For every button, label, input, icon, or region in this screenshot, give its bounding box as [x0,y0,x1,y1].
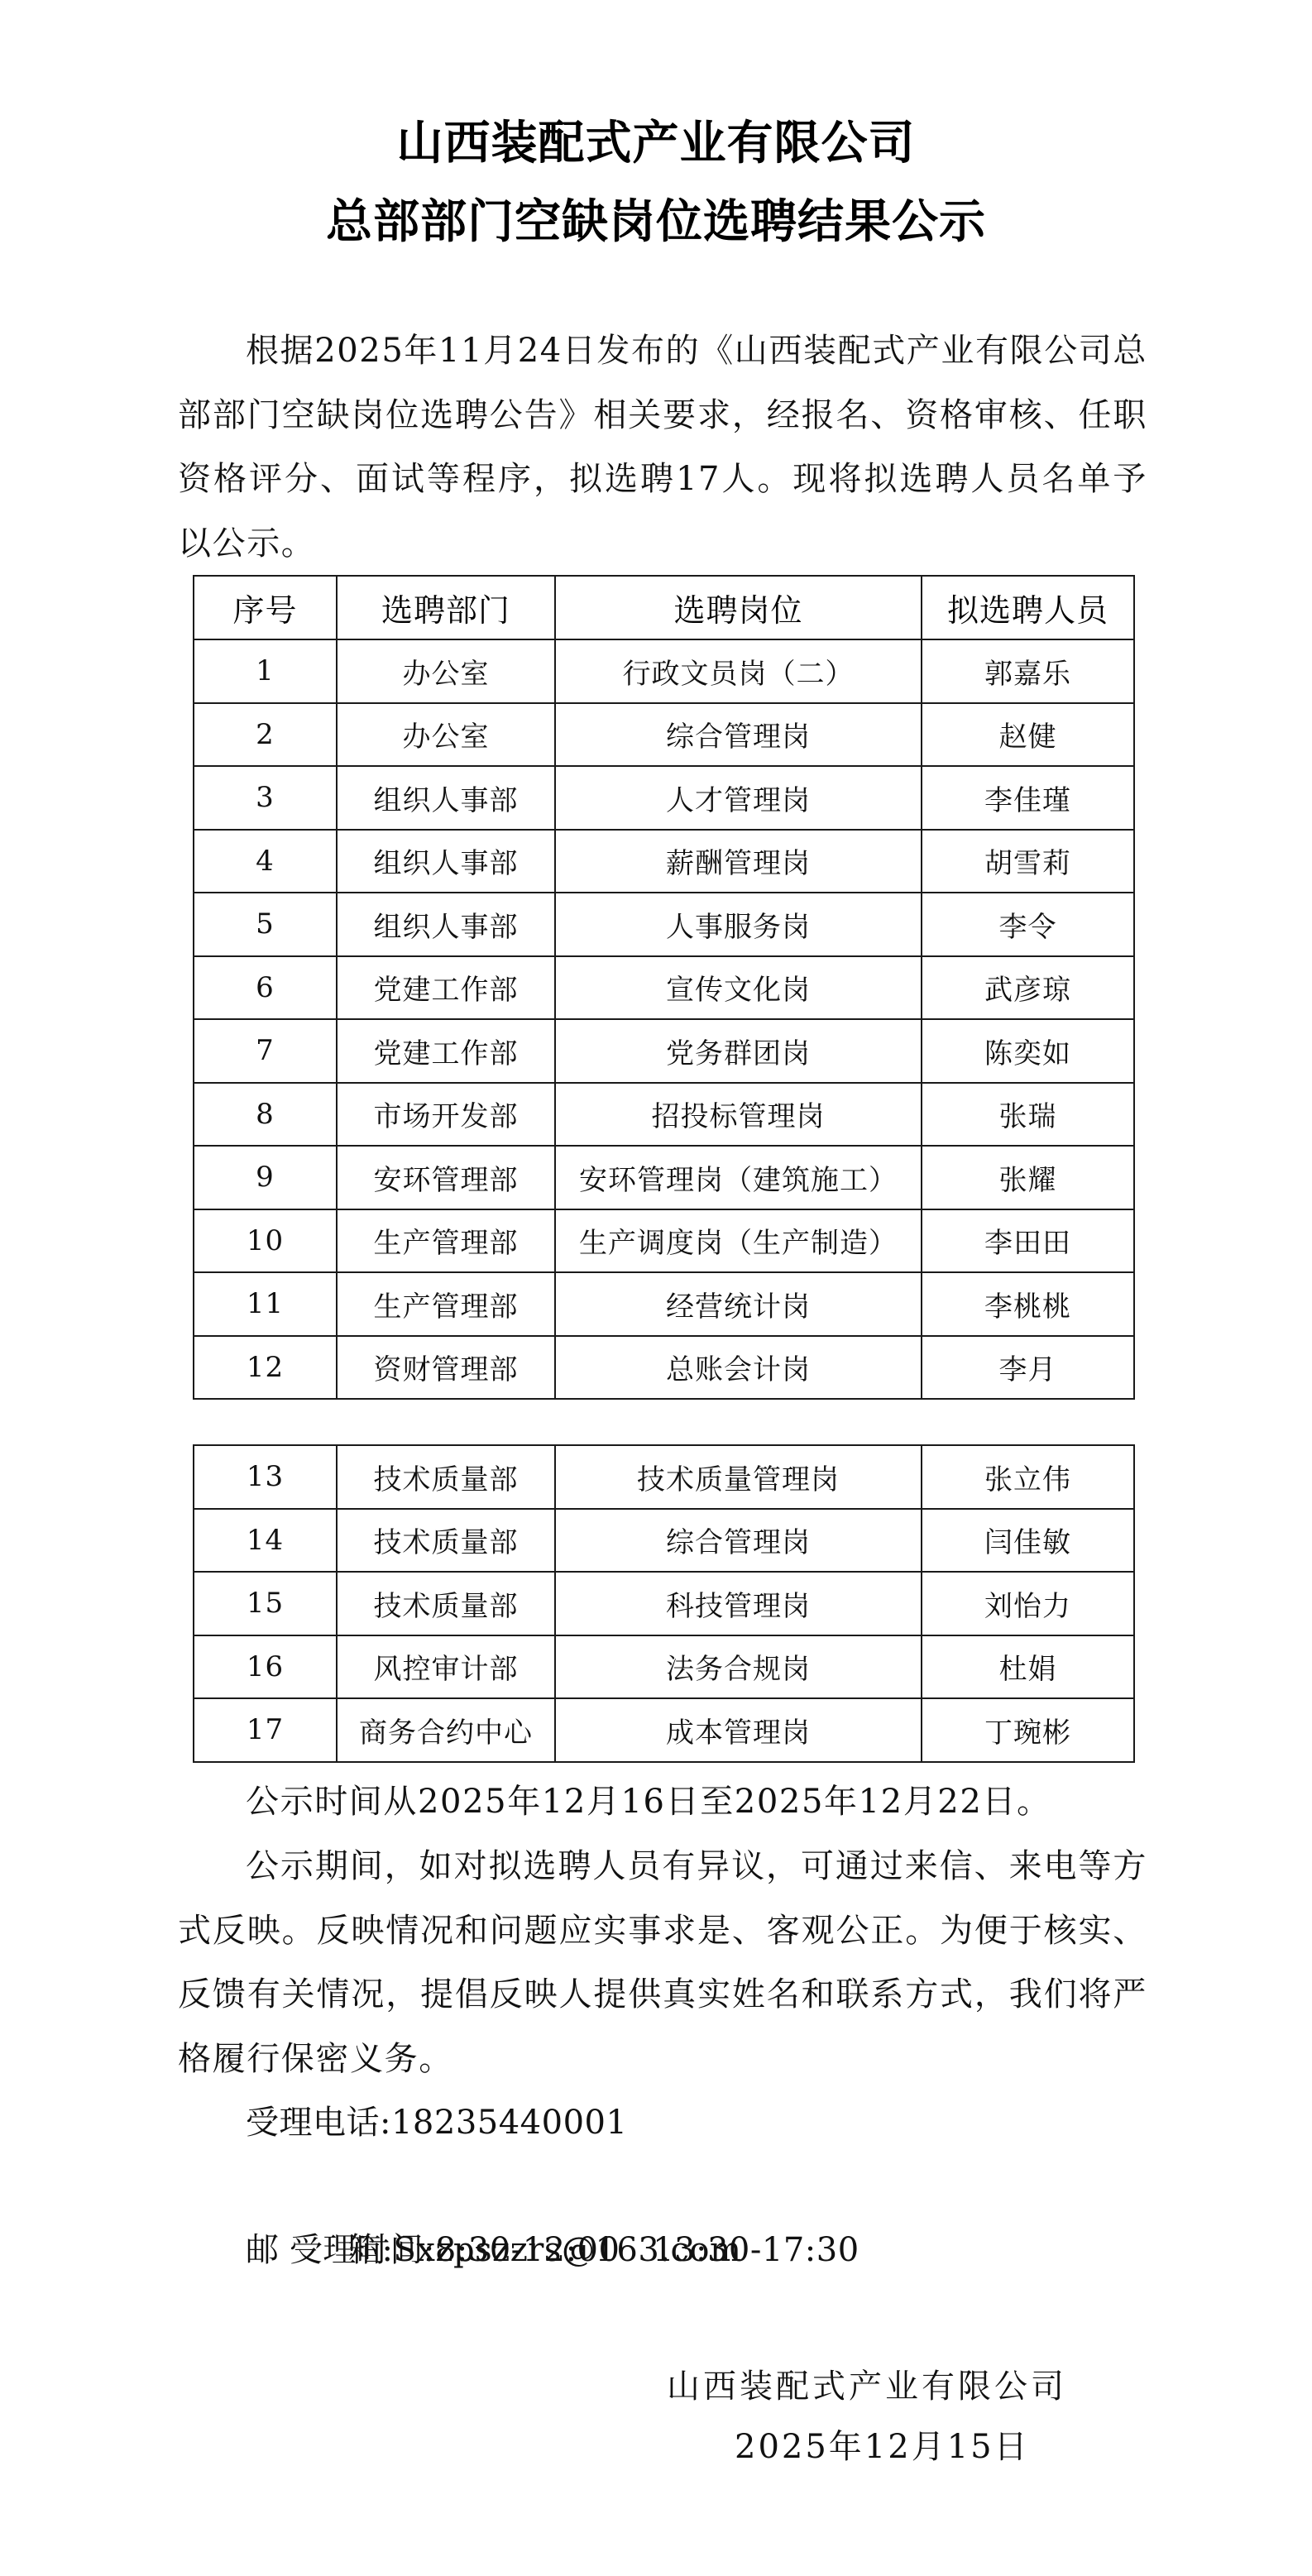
cell-post: 法务合规岗 [555,1635,922,1699]
cell-post: 薪酬管理岗 [555,830,922,893]
phone-value: 18235440001 [391,2104,627,2142]
cell-person: 丁琬彬 [922,1698,1134,1762]
cell-person: 张瑞 [922,1083,1134,1147]
cell-no: 2 [194,703,337,767]
notice-paragraph: 公示期间，如对拟选聘人员有异议，可通过来信、来电等方式反映。反映情况和问题应实事… [178,1835,1147,2091]
cell-post: 成本管理岗 [555,1698,922,1762]
cell-person: 胡雪莉 [922,830,1134,893]
cell-person: 赵健 [922,703,1134,767]
cell-person: 李桃桃 [922,1272,1134,1336]
cell-person: 陈奕如 [922,1019,1134,1083]
cell-no: 7 [194,1019,337,1083]
cell-person: 武彦琼 [922,956,1134,1020]
cell-person: 刘怡力 [922,1572,1134,1635]
roster-table-part-2: 13技术质量部技术质量管理岗张立伟14技术质量部综合管理岗闫佳敏15技术质量部科… [193,1444,1135,1763]
cell-no: 12 [194,1336,337,1400]
cell-post: 人事服务岗 [555,893,922,956]
cell-post: 综合管理岗 [555,1509,922,1573]
cell-no: 14 [194,1509,337,1573]
table-row: 5组织人事部人事服务岗李令 [194,893,1134,956]
table-row: 17商务合约中心成本管理岗丁琬彬 [194,1698,1134,1762]
cell-no: 17 [194,1698,337,1762]
cell-dept: 市场开发部 [337,1083,555,1147]
cell-post: 招投标管理岗 [555,1083,922,1147]
cell-no: 9 [194,1146,337,1209]
table-row: 13技术质量部技术质量管理岗张立伟 [194,1445,1134,1509]
table-row: 12资财管理部总账会计岗李月 [194,1336,1134,1400]
contact-phone-line: 受理电话:18235440001 [246,2091,627,2155]
table-row: 6党建工作部宣传文化岗武彦琼 [194,956,1134,1020]
email-label-2: 箱: [348,2231,393,2269]
cell-no: 4 [194,830,337,893]
cell-dept: 安环管理部 [337,1146,555,1209]
header-post: 选聘岗位 [555,576,922,639]
cell-post: 经营统计岗 [555,1272,922,1336]
email-label-1: 邮 [246,2219,348,2282]
signature-date: 2025年12月15日 [735,2420,1030,2468]
table-body-1: 1办公室行政文员岗（二）郭嘉乐2办公室综合管理岗赵健3组织人事部人才管理岗李佳瑾… [194,639,1134,1399]
cell-person: 郭嘉乐 [922,639,1134,703]
cell-dept: 商务合约中心 [337,1698,555,1762]
cell-post: 安环管理岗（建筑施工） [555,1146,922,1209]
cell-no: 10 [194,1209,337,1273]
header-no: 序号 [194,576,337,639]
cell-dept: 办公室 [337,703,555,767]
cell-post: 生产调度岗（生产制造） [555,1209,922,1273]
cell-post: 综合管理岗 [555,703,922,767]
cell-no: 3 [194,766,337,830]
cell-no: 5 [194,893,337,956]
cell-no: 1 [194,639,337,703]
table-row: 1办公室行政文员岗（二）郭嘉乐 [194,639,1134,703]
table-row: 15技术质量部科技管理岗刘怡力 [194,1572,1134,1635]
cell-post: 宣传文化岗 [555,956,922,1020]
table-header-row: 序号 选聘部门 选聘岗位 拟选聘人员 [194,576,1134,639]
cell-dept: 技术质量部 [337,1509,555,1573]
cell-dept: 党建工作部 [337,1019,555,1083]
header-dept: 选聘部门 [337,576,555,639]
cell-dept: 生产管理部 [337,1209,555,1273]
cell-no: 16 [194,1635,337,1699]
table-row: 11生产管理部经营统计岗李桃桃 [194,1272,1134,1336]
cell-dept: 技术质量部 [337,1445,555,1509]
cell-post: 科技管理岗 [555,1572,922,1635]
table-row: 4组织人事部薪酬管理岗胡雪莉 [194,830,1134,893]
table-row: 3组织人事部人才管理岗李佳瑾 [194,766,1134,830]
table-row: 8市场开发部招投标管理岗张瑞 [194,1083,1134,1147]
cell-no: 8 [194,1083,337,1147]
table-row: 7党建工作部党务群团岗陈奕如 [194,1019,1134,1083]
cell-post: 总账会计岗 [555,1336,922,1400]
cell-dept: 组织人事部 [337,766,555,830]
header-person: 拟选聘人员 [922,576,1134,639]
cell-dept: 组织人事部 [337,893,555,956]
table-row: 16风控审计部法务合规岗杜娟 [194,1635,1134,1699]
roster-table-part-1: 序号 选聘部门 选聘岗位 拟选聘人员 1办公室行政文员岗（二）郭嘉乐2办公室综合… [193,575,1135,1400]
signature-org: 山西装配式产业有限公司 [667,2360,1067,2407]
contact-email-line: 邮箱:Sxzpszzrs@163.com [246,2219,741,2282]
cell-person: 张立伟 [922,1445,1134,1509]
page-title-company: 山西装配式产业有限公司 [0,118,1312,168]
table-row: 14技术质量部综合管理岗闫佳敏 [194,1509,1134,1573]
cell-dept: 办公室 [337,639,555,703]
cell-person: 李令 [922,893,1134,956]
cell-dept: 技术质量部 [337,1572,555,1635]
table-row: 2办公室综合管理岗赵健 [194,703,1134,767]
cell-dept: 党建工作部 [337,956,555,1020]
cell-post: 党务群团岗 [555,1019,922,1083]
cell-post: 行政文员岗（二） [555,639,922,703]
cell-post: 人才管理岗 [555,766,922,830]
cell-dept: 资财管理部 [337,1336,555,1400]
cell-dept: 风控审计部 [337,1635,555,1699]
cell-no: 15 [194,1572,337,1635]
cell-person: 李田田 [922,1209,1134,1273]
intro-paragraph: 根据2025年11月24日发布的《山西装配式产业有限公司总部部门空缺岗位选聘公告… [178,319,1147,576]
table-row: 10生产管理部生产调度岗（生产制造）李田田 [194,1209,1134,1273]
cell-dept: 组织人事部 [337,830,555,893]
table-row: 9安环管理部安环管理岗（建筑施工）张耀 [194,1146,1134,1209]
cell-person: 张耀 [922,1146,1134,1209]
period-paragraph: 公示时间从2025年12月16日至2025年12月22日。 [178,1770,1147,1835]
cell-no: 13 [194,1445,337,1509]
cell-person: 杜娟 [922,1635,1134,1699]
cell-dept: 生产管理部 [337,1272,555,1336]
cell-post: 技术质量管理岗 [555,1445,922,1509]
cell-no: 11 [194,1272,337,1336]
cell-person: 李佳瑾 [922,766,1134,830]
phone-label: 受理电话: [246,2104,391,2142]
email-value[interactable]: Sxzpszzrs@163.com [393,2231,741,2269]
cell-person: 李月 [922,1336,1134,1400]
cell-no: 6 [194,956,337,1020]
cell-person: 闫佳敏 [922,1509,1134,1573]
table-body-2: 13技术质量部技术质量管理岗张立伟14技术质量部综合管理岗闫佳敏15技术质量部科… [194,1445,1134,1762]
page-title-subject: 总部部门空缺岗位选聘结果公示 [0,197,1312,247]
